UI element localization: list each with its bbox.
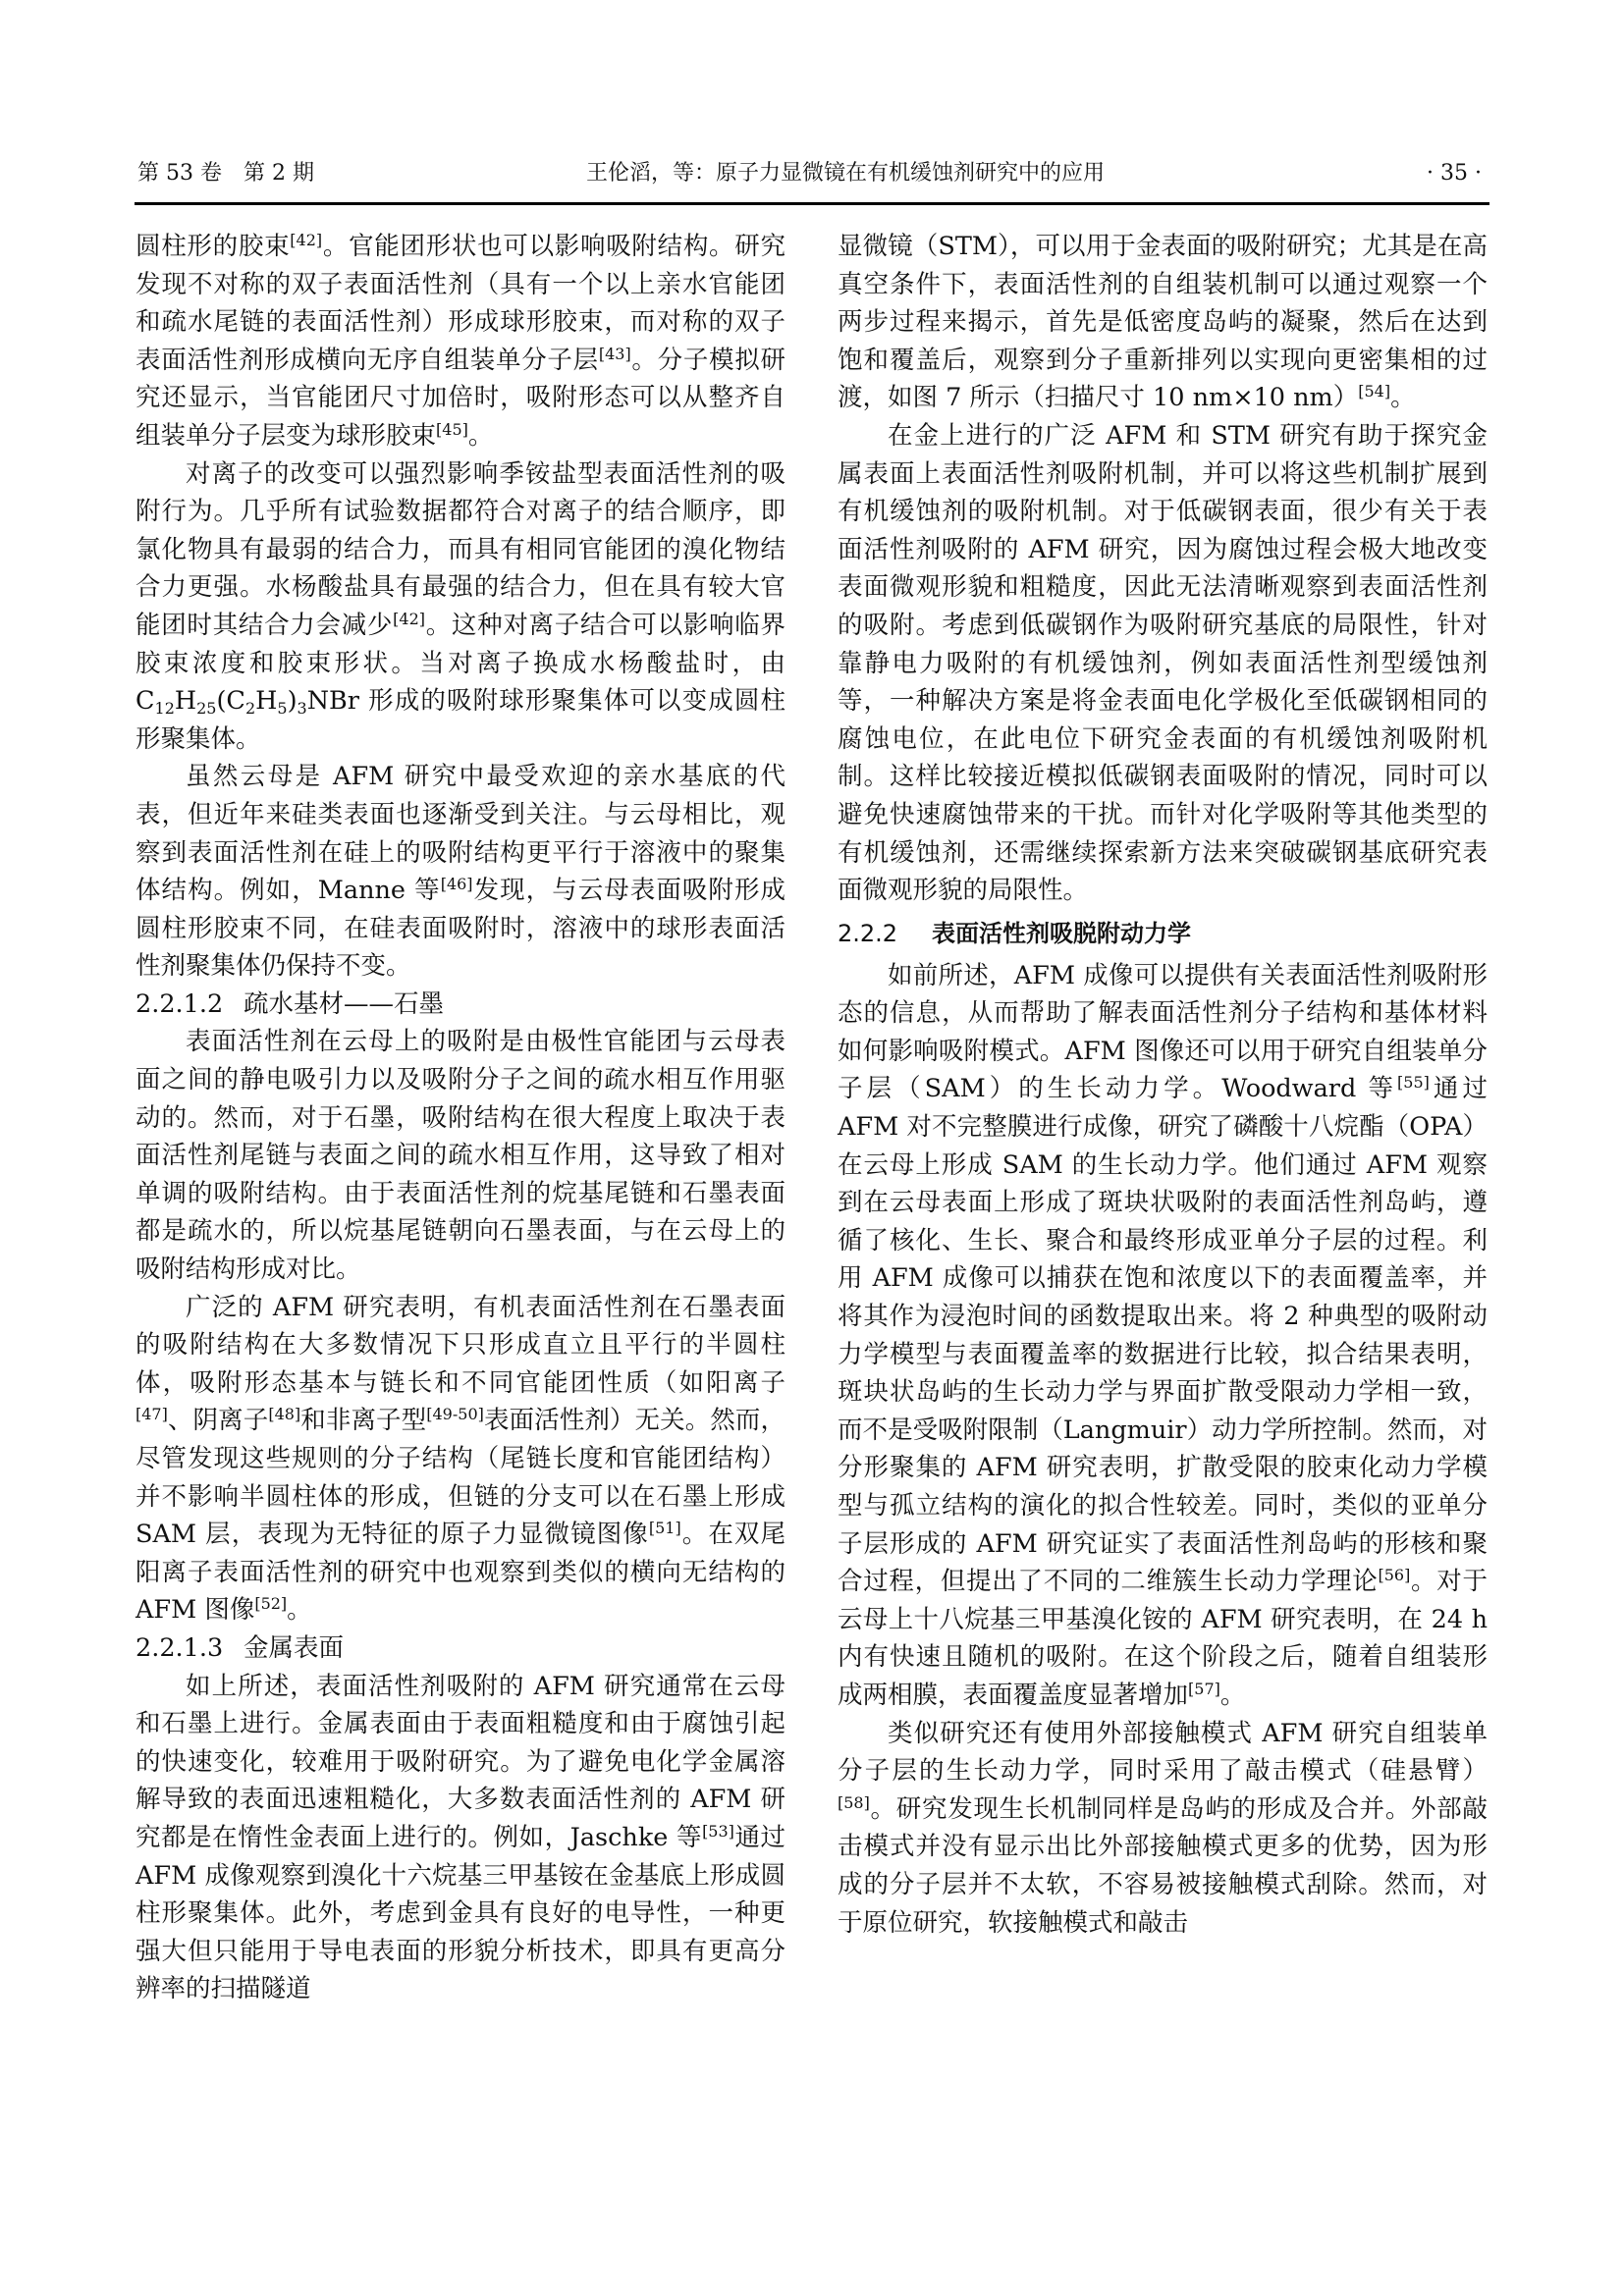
citation: [58]	[838, 1793, 870, 1812]
subsection-heading-2-2-1-3: 2.2.1.3金属表面	[135, 1629, 785, 1668]
running-title: 王伦滔，等：原子力显微镜在有机缓蚀剂研究中的应用	[586, 159, 1105, 188]
citation: [46]	[441, 875, 473, 893]
paragraph: 虽然云母是 AFM 研究中最受欢迎的亲水基底的代表，但近年来硅类表面也逐渐受到关…	[135, 758, 785, 986]
right-column: 显微镜（STM），可以用于金表面的吸附研究；尤其是在高真空条件下，表面活性剂的自…	[838, 228, 1488, 1942]
citation: [45]	[436, 420, 468, 439]
citation: [52]	[254, 1594, 287, 1613]
running-head: 第 53 卷 第 2 期 王伦滔，等：原子力显微镜在有机缓蚀剂研究中的应用 · …	[135, 157, 1489, 205]
section-heading-2-2-2: 2.2.2表面活性剂吸脱附动力学	[838, 914, 1488, 953]
citation: [42]	[290, 231, 322, 249]
paragraph: 圆柱形的胶束[42]。官能团形状也可以影响吸附结构。研究发现不对称的双子表面活性…	[135, 228, 785, 455]
left-column: 圆柱形的胶束[42]。官能团形状也可以影响吸附结构。研究发现不对称的双子表面活性…	[135, 228, 785, 2008]
citation: [49-50]	[426, 1405, 484, 1423]
citation: [56]	[1379, 1566, 1411, 1584]
citation: [51]	[649, 1519, 681, 1537]
citation: [53]	[702, 1822, 734, 1841]
page-number: · 35 ·	[1427, 159, 1482, 188]
paragraph: 在金上进行的广泛 AFM 和 STM 研究有助于探究金属表面上表面活性剂吸附机制…	[838, 417, 1488, 910]
paragraph: 对离子的改变可以强烈影响季铵盐型表面活性剂的吸附行为。几乎所有试验数据都符合对离…	[135, 455, 785, 759]
subsection-heading-2-2-1-2: 2.2.1.2疏水基材——石墨	[135, 986, 785, 1024]
volume-issue: 第 53 卷 第 2 期	[137, 159, 314, 188]
paragraph: 如上所述，表面活性剂吸附的 AFM 研究通常在云母和石墨上进行。金属表面由于表面…	[135, 1668, 785, 2008]
citation: [48]	[268, 1405, 300, 1423]
paragraph: 类似研究还有使用外部接触模式 AFM 研究自组装单分子层的生长动力学，同时采用了…	[838, 1715, 1488, 1943]
citation: [42]	[393, 610, 425, 628]
citation: [55]	[1397, 1073, 1430, 1092]
paragraph: 如前所述，AFM 成像可以提供有关表面活性剂吸附形态的信息，从而帮助了解表面活性…	[838, 957, 1488, 1715]
paragraph: 显微镜（STM），可以用于金表面的吸附研究；尤其是在高真空条件下，表面活性剂的自…	[838, 228, 1488, 417]
citation: [54]	[1358, 382, 1390, 400]
citation: [43]	[599, 345, 631, 363]
citation: [57]	[1188, 1680, 1220, 1698]
paragraph: 广泛的 AFM 研究表明，有机表面活性剂在石墨表面的吸附结构在大多数情况下只形成…	[135, 1289, 785, 1629]
paragraph: 表面活性剂在云母上的吸附是由极性官能团与云母表面之间的静电吸引力以及吸附分子之间…	[135, 1023, 785, 1288]
citation: [47]	[135, 1405, 168, 1423]
